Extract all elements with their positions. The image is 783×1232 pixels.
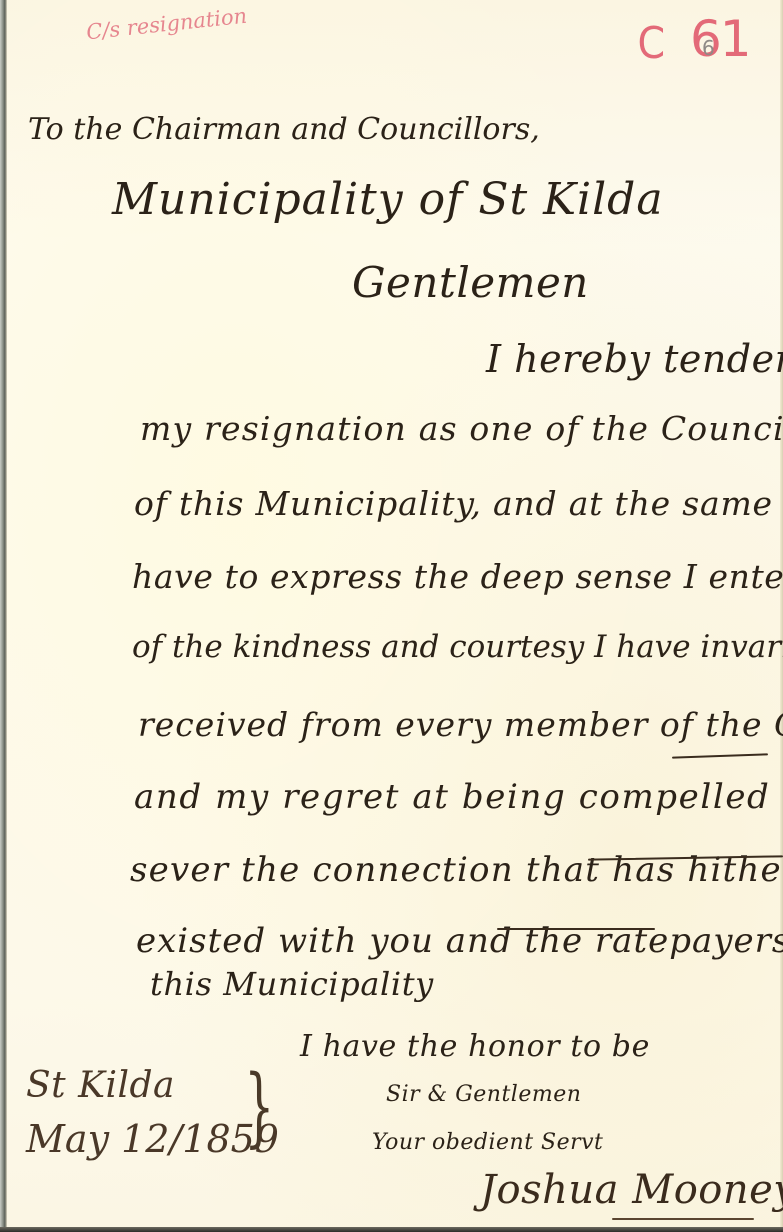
greeting: Gentlemen	[352, 262, 589, 304]
salutation-line-1: To the Chairman and Councillors,	[28, 115, 540, 145]
brace-mark: }	[244, 1064, 274, 1150]
archival-pencil-note: C/s resignation	[85, 6, 248, 44]
body-line-6: received from every member of the Counci…	[138, 708, 783, 741]
body-line-7: and my regret at being compelled to	[134, 780, 783, 814]
closing-line-2: Sir & Gentlemen	[386, 1084, 581, 1106]
closing-line-3: Your obedient Servt	[372, 1132, 603, 1154]
date: May 12/1859	[26, 1120, 279, 1158]
body-line-1: I hereby tender	[486, 340, 783, 378]
reference-letter: C	[638, 22, 666, 66]
body-line-9: existed with you and the ratepayers of	[136, 924, 783, 958]
ratepayers-overline-stroke	[497, 928, 655, 930]
place: St Kilda	[26, 1068, 175, 1104]
council-underline	[672, 753, 768, 758]
signature-flourish	[612, 1218, 754, 1220]
signature: Joshua Mooney	[480, 1170, 783, 1210]
reference-number: 61	[690, 14, 750, 64]
body-line-2: my resignation as one of the Councillors	[140, 412, 783, 445]
body-line-3: of this Municipality, and at the same ti…	[134, 487, 783, 520]
page-bottom-edge	[0, 1227, 783, 1232]
body-line-4: have to express the deep sense I enterta…	[132, 560, 783, 593]
reference-overwrite-digit: 6	[702, 38, 715, 58]
body-line-10: this Municipality	[150, 968, 434, 1000]
page-left-edge	[0, 0, 7, 1232]
salutation-line-2: Municipality of St Kilda	[112, 178, 664, 222]
body-line-5: of the kindness and courtesy I have inva…	[132, 632, 783, 663]
scanned-letter-page: C/s resignation C 61 6 To the Chairman a…	[0, 0, 783, 1232]
closing-line-1: I have the honor to be	[300, 1032, 650, 1062]
